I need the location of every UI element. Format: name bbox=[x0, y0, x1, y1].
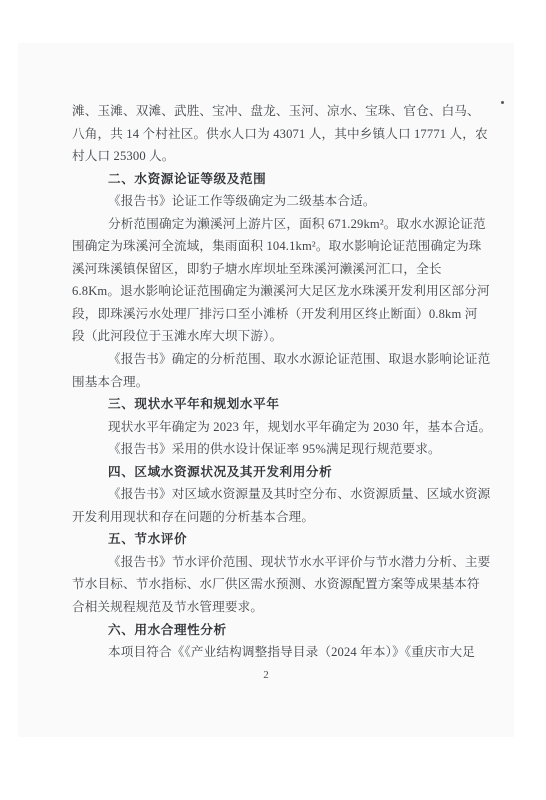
scan-background: 滩、玉滩、双滩、武胜、宝冲、盘龙、玉河、凉水、宝珠、官仓、白马、八角，共 14 … bbox=[0, 0, 546, 800]
scan-speck-artifact bbox=[501, 101, 504, 104]
text-line: 6.8Km。退水影响论证范围确定为濑溪河大足区龙水珠溪开发利用区部分河 bbox=[72, 280, 488, 303]
text-line: 开发利用现状和存在问题的分析基本合理。 bbox=[72, 506, 488, 529]
text-line: 村人口 25300 人。 bbox=[72, 145, 488, 168]
text-line: 段，即珠溪污水处理厂排污口至小滩桥（开发利用区终止断面）0.8km 河 bbox=[72, 303, 488, 326]
text-line: 《报告书》采用的供水设计保证率 95%满足现行规范要求。 bbox=[72, 438, 488, 461]
page-number: 2 bbox=[18, 668, 514, 683]
text-line: 《报告书》确定的分析范围、取水水源论证范围、取退水影响论证范 bbox=[72, 348, 488, 371]
screenshot-root: { "colors": { "paper": "#f9faf9", "ink":… bbox=[0, 0, 546, 800]
section-heading: 五、节水评价 bbox=[72, 528, 488, 551]
section-heading: 六、用水合理性分析 bbox=[72, 619, 488, 642]
text-line: 本项目符合《《产业结构调整指导目录（2024 年本）》《重庆市大足 bbox=[72, 641, 488, 664]
text-line: 合相关规程规范及节水管理要求。 bbox=[72, 596, 488, 619]
text-line: 溪河珠溪镇保留区，即豹子塘水库坝址至珠溪河濑溪河汇口，全长 bbox=[72, 258, 488, 281]
text-line: 《报告书》论证工作等级确定为二级基本合适。 bbox=[72, 190, 488, 213]
text-line: 分析范围确定为濑溪河上游片区，面积 671.29km²。取水水源论证范 bbox=[72, 213, 488, 236]
section-heading: 二、水资源论证等级及范围 bbox=[72, 168, 488, 191]
document-body: 滩、玉滩、双滩、武胜、宝冲、盘龙、玉河、凉水、宝珠、官仓、白马、八角，共 14 … bbox=[72, 100, 488, 664]
section-heading: 四、区域水资源状况及其开发利用分析 bbox=[72, 461, 488, 484]
text-line: 段（此河段位于玉滩水库大坝下游）。 bbox=[72, 325, 488, 348]
text-line: 围确定为珠溪河全流域，集雨面积 104.1km²。取水影响论证范围确定为珠 bbox=[72, 235, 488, 258]
text-line: 现状水平年确定为 2023 年，规划水平年确定为 2030 年，基本合适。 bbox=[72, 416, 488, 439]
text-line: 围基本合理。 bbox=[72, 371, 488, 394]
text-line: 八角，共 14 个村社区。供水人口为 43071 人，其中乡镇人口 17771 … bbox=[72, 123, 488, 146]
document-page: 滩、玉滩、双滩、武胜、宝冲、盘龙、玉河、凉水、宝珠、官仓、白马、八角，共 14 … bbox=[18, 43, 514, 737]
text-line: 滩、玉滩、双滩、武胜、宝冲、盘龙、玉河、凉水、宝珠、官仓、白马、 bbox=[72, 100, 488, 123]
text-line: 《报告书》对区域水资源量及其时空分布、水资源质量、区域水资源 bbox=[72, 483, 488, 506]
section-heading: 三、现状水平年和规划水平年 bbox=[72, 393, 488, 416]
text-line: 《报告书》节水评价范围、现状节水水平评价与节水潜力分析、主要 bbox=[72, 551, 488, 574]
text-line: 节水目标、节水指标、水厂供区需水预测、水资源配置方案等成果基本符 bbox=[72, 573, 488, 596]
